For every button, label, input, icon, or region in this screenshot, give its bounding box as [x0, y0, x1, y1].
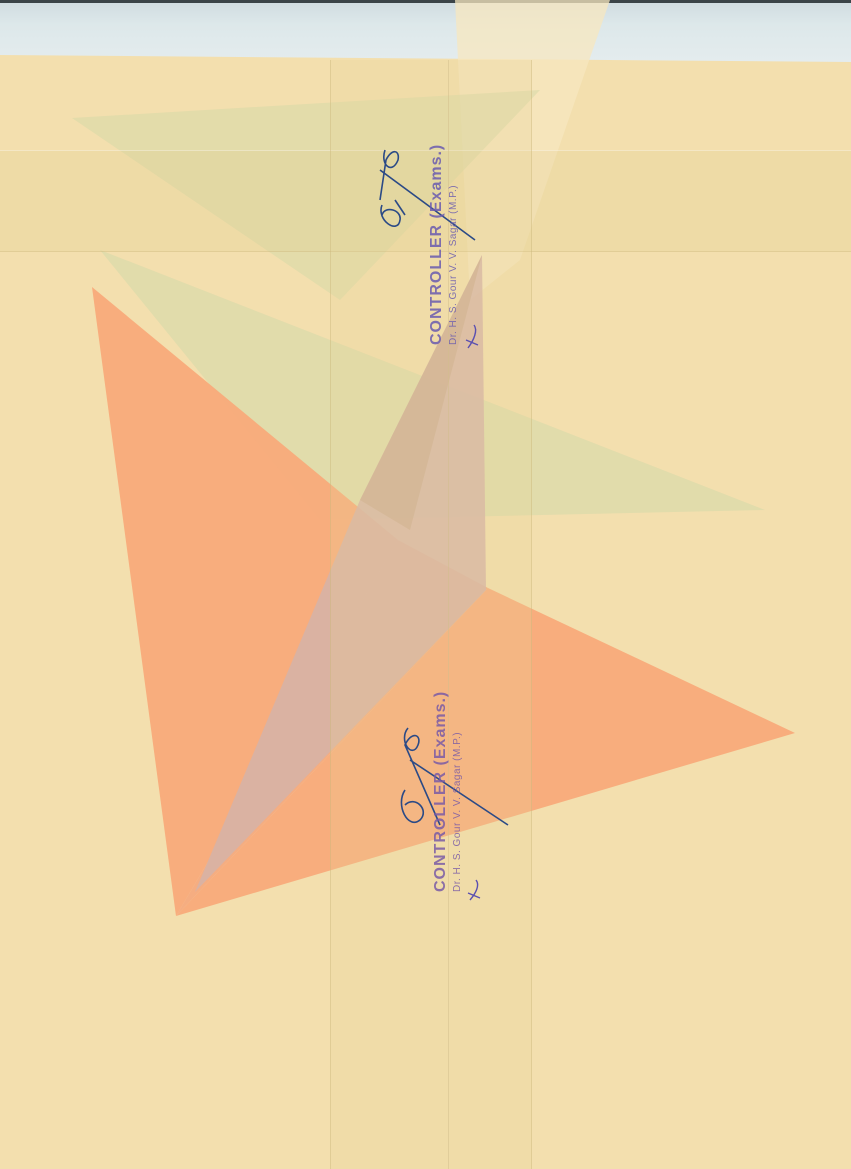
stamp-subtitle: Dr. H. S. Gour V. V. Sagar (M.P.): [448, 144, 459, 345]
stamp-title: CONTROLLER (Exams.): [428, 144, 446, 345]
stamp-title: CONTROLLER (Exams.): [432, 691, 450, 892]
document-page: CONTROLLER (Exams.) Dr. H. S. Gour V. V.…: [0, 0, 851, 1169]
stamp-subtitle: Dr. H. S. Gour V. V. Sagar (M.P.): [452, 691, 463, 892]
controller-stamp-top: CONTROLLER (Exams.) Dr. H. S. Gour V. V.…: [428, 144, 459, 345]
signatures-layer: [0, 0, 851, 1169]
stamp-initials: [466, 325, 480, 900]
controller-stamp-bottom: CONTROLLER (Exams.) Dr. H. S. Gour V. V.…: [432, 691, 463, 892]
